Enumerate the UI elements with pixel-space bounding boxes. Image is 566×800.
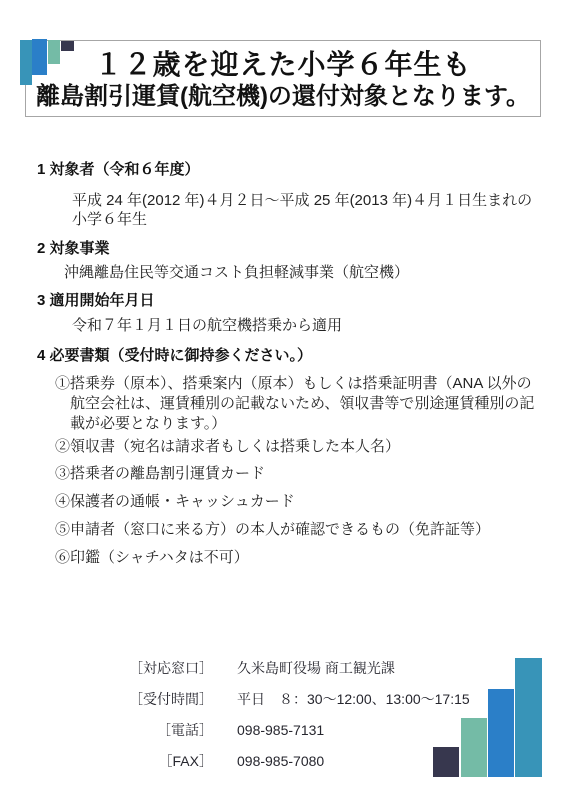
section-3-heading: 3 適用開始年月日 <box>37 289 155 310</box>
title-box: １２歳を迎えた小学６年生も 離島割引運賃(航空機)の還付対象となります。 <box>25 40 541 117</box>
section-1-line-1: 平成 24 年(2012 年)４月２日～平成 25 年(2013 年)４月１日生… <box>72 189 532 210</box>
deco-bar-topleft-dark <box>61 41 74 51</box>
contact-value-hours: 平日 ８：30～12:00、13:00～17:15 <box>237 691 470 708</box>
section-4-heading: 4 必要書類（受付時に御持参ください。） <box>37 344 312 365</box>
contact-row-window: ［対応窓口］ 久米島町役場 商工観光課 <box>0 660 566 677</box>
deco-bar-bottomright-dark <box>433 747 459 777</box>
contact-row-hours: ［受付時間］ 平日 ８：30～12:00、13:00～17:15 <box>0 691 566 708</box>
required-doc-4: ④保護者の通帳・キャッシュカード <box>55 490 295 511</box>
contact-value-phone: 098-985-7131 <box>237 722 324 739</box>
required-doc-6: ⑥印鑑（シャチハタは不可） <box>55 546 249 567</box>
deco-bar-bottomright-teal <box>515 658 542 777</box>
required-doc-1-line-3: 載が必要となります。） <box>70 412 226 433</box>
section-3-line-1: 令和７年１月１日の航空機搭乗から適用 <box>72 314 342 335</box>
deco-bar-topleft-blue <box>32 39 47 75</box>
contact-label-hours: ［受付時間］ <box>0 691 213 708</box>
deco-bar-bottomright-blue <box>488 689 514 777</box>
page-title: １２歳を迎えた小学６年生も <box>26 48 540 82</box>
required-doc-1-line-2: 航空会社は、運賃種別の記載ないため、領収書等で別途運賃種別の記 <box>70 392 534 413</box>
deco-bar-topleft-green <box>48 40 60 64</box>
required-doc-1-line-1: ①搭乗券（原本）、搭乗案内（原本）もしくは搭乗証明書（ANA 以外の <box>55 372 532 393</box>
section-1-heading: 1 対象者（令和６年度） <box>37 158 200 179</box>
contact-value-fax: 098-985-7080 <box>237 753 324 770</box>
deco-bar-topleft-teal <box>20 40 32 85</box>
page-subtitle: 離島割引運賃(航空機)の還付対象となります。 <box>26 82 540 112</box>
notice-page: { "header": { "title_line1": "１２歳を迎えた小学６… <box>0 0 566 800</box>
required-doc-3: ③搭乗者の離島割引運賃カード <box>55 462 265 483</box>
required-doc-2: ②領収書（宛名は請求者もしくは搭乗した本人名） <box>55 435 400 456</box>
required-doc-5: ⑤申請者（窓口に来る方）の本人が確認できるもの（免許証等） <box>55 518 490 539</box>
contact-label-window: ［対応窓口］ <box>0 660 213 677</box>
section-2-line-1: 沖縄離島住民等交通コスト負担軽減事業（航空機） <box>64 261 409 282</box>
section-2-heading: 2 対象事業 <box>37 237 110 258</box>
contact-label-phone: ［電話］ <box>0 722 213 739</box>
deco-bar-bottomright-green <box>461 718 487 777</box>
section-1-line-2: 小学６年生 <box>72 208 147 229</box>
contact-label-fax: ［FAX］ <box>0 753 213 770</box>
contact-value-window: 久米島町役場 商工観光課 <box>237 660 395 677</box>
